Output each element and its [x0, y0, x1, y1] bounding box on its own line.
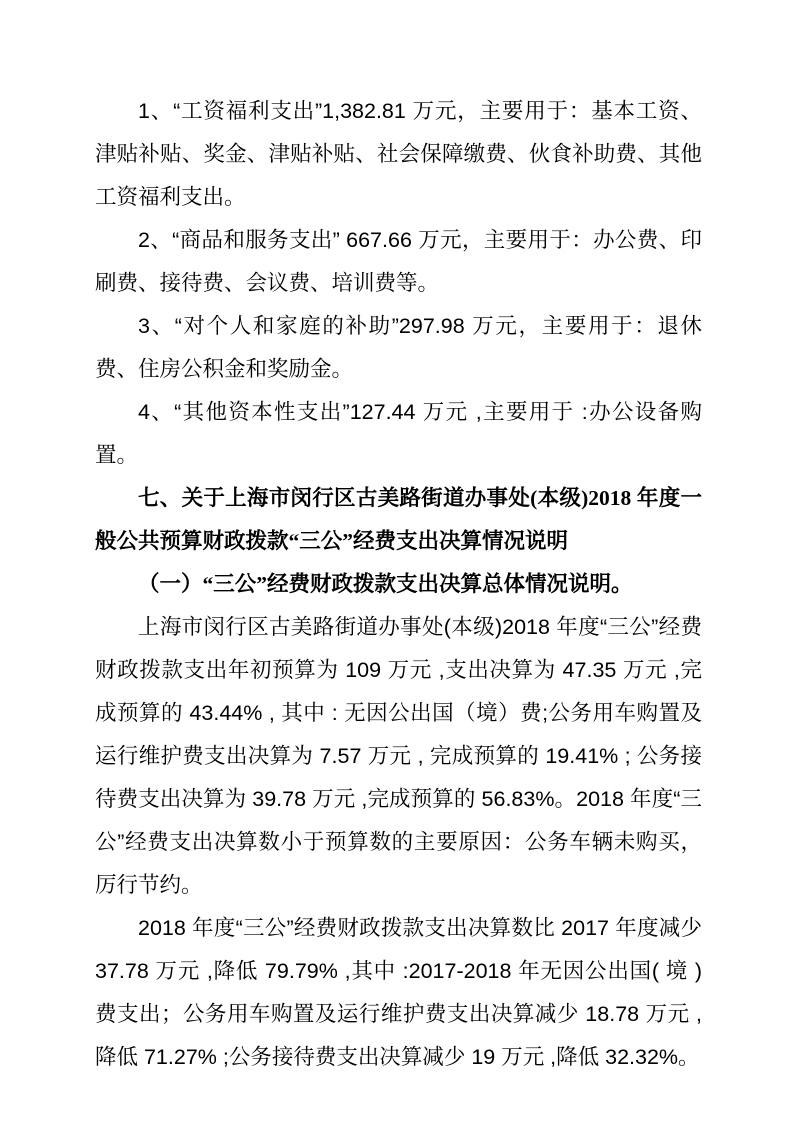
body-paragraph: 3、“对个人和家庭的补助”297.98 万元，主要用于：退休费、住房公积金和奖励…: [95, 305, 702, 391]
body-paragraph: 1、“工资福利支出”1,382.81 万元，主要用于：基本工资、津贴补贴、奖金、…: [95, 90, 702, 219]
document-page: 1、“工资福利支出”1,382.81 万元，主要用于：基本工资、津贴补贴、奖金、…: [0, 0, 793, 1122]
body-paragraph: 上海市闵行区古美路街道办事处(本级)2018 年度“三公”经费财政拨款支出年初预…: [95, 606, 702, 907]
section-heading: （一）“三公”经费财政拨款支出决算总体情况说明。: [95, 563, 702, 606]
section-heading: 七、关于上海市闵行区古美路街道办事处(本级)2018 年度一般公共预算财政拨款“…: [95, 477, 702, 563]
body-paragraph: 4、“其他资本性支出”127.44 万元 ,主要用于 :办公设备购置。: [95, 391, 702, 477]
document-body: 1、“工资福利支出”1,382.81 万元，主要用于：基本工资、津贴补贴、奖金、…: [95, 90, 702, 1079]
body-paragraph: 2、“商品和服务支出” 667.66 万元，主要用于：办公费、印刷费、接待费、会…: [95, 219, 702, 305]
body-paragraph: 2018 年度“三公”经费财政拨款支出决算数比 2017 年度减少 37.78 …: [95, 907, 702, 1079]
